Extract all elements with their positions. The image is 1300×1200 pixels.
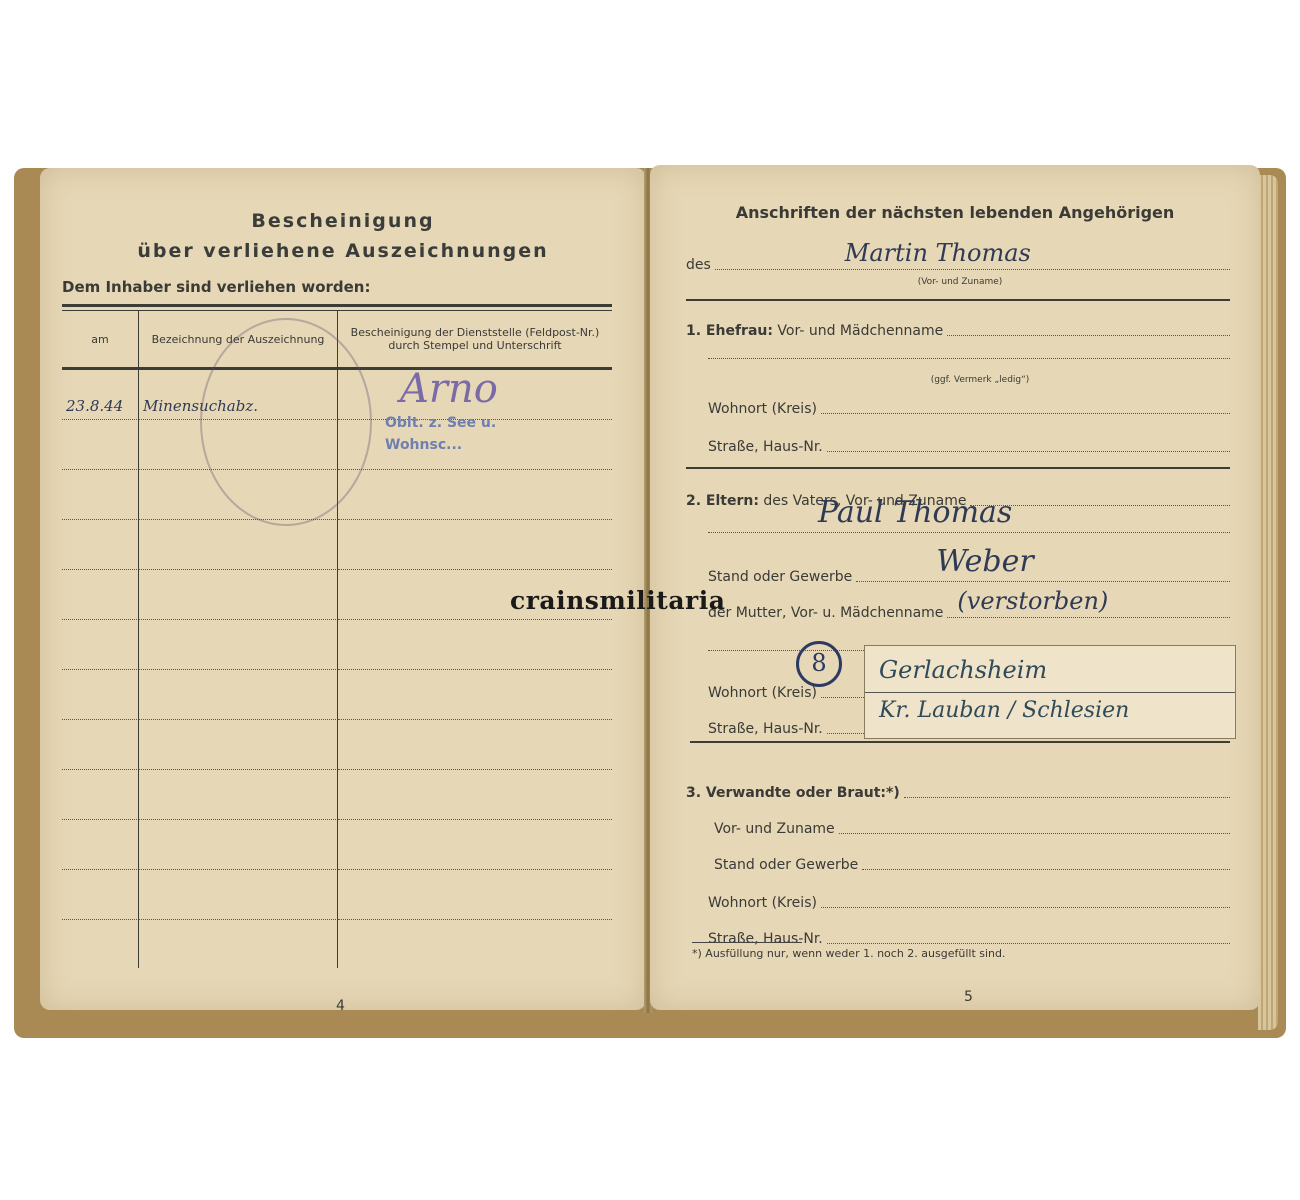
spouse-name-label: Vor- und Mädchenname <box>777 323 943 339</box>
table-row <box>62 870 612 920</box>
footnote: *) Ausfüllung nur, wenn weder 1. noch 2.… <box>692 947 1006 960</box>
rank-stamp-line2: Wohnsc... <box>385 434 496 456</box>
rank-stamp-line1: Oblt. z. See u. <box>385 412 496 434</box>
table-row <box>62 820 612 870</box>
header-certification: Bescheinigung der Dienststelle (Feldpost… <box>338 311 612 367</box>
section-rule <box>690 741 1230 743</box>
spouse-wohnort-line: Wohnort (Kreis) <box>708 401 1230 417</box>
relative-strasse-line: Straße, Haus-Nr. <box>708 931 1230 947</box>
table-row <box>62 720 612 770</box>
section3-label: 3. Verwandte oder Braut:*) <box>686 785 900 801</box>
left-title-line1: Bescheinigung <box>40 210 646 232</box>
right-title: Anschriften der nächsten lebenden Angehö… <box>650 203 1260 222</box>
holder-name-hint: (Vor- und Zuname) <box>850 277 1070 287</box>
table-row <box>62 770 612 820</box>
officer-signature: Arno <box>400 366 498 412</box>
father-occupation: Weber <box>936 544 1033 579</box>
left-title-line2: über verliehene Auszeichnungen <box>40 240 646 262</box>
parents-strasse-label: Straße, Haus-Nr. <box>708 721 823 737</box>
holder-name: Martin Thomas <box>845 239 1031 267</box>
mother-name: (verstorben) <box>957 587 1108 615</box>
rank-stamp: Oblt. z. See u. Wohnsc... <box>385 412 496 456</box>
header-date: am <box>62 311 139 367</box>
relative-name-label: Vor- und Zuname <box>714 821 835 837</box>
relative-name-line: Vor- und Zuname <box>714 821 1230 837</box>
father-name-line2: Paul Thomas <box>708 531 1230 536</box>
award-date: 23.8.44 <box>66 397 123 415</box>
label-separator <box>865 692 1235 693</box>
section-rule <box>686 299 1230 301</box>
father-occupation-line: Stand oder Gewerbe Weber <box>708 569 1230 585</box>
mother-name-line: der Mutter, Vor- u. Mädchenname (verstor… <box>708 605 1230 621</box>
relative-line: 3. Verwandte oder Braut:*) <box>686 785 1230 801</box>
spouse-strasse-label: Straße, Haus-Nr. <box>708 439 823 455</box>
parents-strasse-value: Kr. Lauban / Schlesien <box>879 698 1129 723</box>
holder-name-line: des Martin Thomas <box>686 257 1230 273</box>
official-seal-stamp <box>200 318 372 526</box>
spouse-name-line: 1. Ehefrau: Vor- und Mädchenname <box>686 323 1230 339</box>
left-subtitle: Dem Inhaber sind verliehen worden: <box>62 278 370 296</box>
relative-occupation-label: Stand oder Gewerbe <box>714 857 858 873</box>
father-name: Paul Thomas <box>818 495 1012 530</box>
circled-number: 8 <box>796 641 842 687</box>
spouse-hint: (ggf. Vermerk „ledig“) <box>850 375 1110 385</box>
relative-wohnort-line: Wohnort (Kreis) <box>708 895 1230 911</box>
page-number-left: 4 <box>336 998 345 1014</box>
section-rule <box>686 467 1230 469</box>
father-occupation-label: Stand oder Gewerbe <box>708 569 852 585</box>
relative-wohnort-label: Wohnort (Kreis) <box>708 895 817 911</box>
page-edges <box>1258 175 1278 1030</box>
table-top-rule <box>62 304 612 311</box>
page-number-right: 5 <box>964 989 973 1005</box>
section2-label: 2. Eltern: <box>686 493 759 509</box>
parents-wohnort-value: Gerlachsheim <box>879 656 1047 684</box>
spouse-name-line2 <box>708 357 1230 362</box>
table-row <box>62 920 612 968</box>
mother-name-label: der Mutter, Vor- u. Mädchenname <box>708 605 943 621</box>
relative-strasse-label: Straße, Haus-Nr. <box>708 931 823 947</box>
pasted-address-label: Gerlachsheim Kr. Lauban / Schlesien <box>864 645 1236 739</box>
watermark: crainsmilitaria <box>510 586 725 615</box>
table-row <box>62 670 612 720</box>
footnote-rule <box>692 942 802 943</box>
section1-label: 1. Ehefrau: <box>686 323 773 339</box>
des-label: des <box>686 257 711 273</box>
spouse-wohnort-label: Wohnort (Kreis) <box>708 401 817 417</box>
relative-occupation-line: Stand oder Gewerbe <box>714 857 1230 873</box>
table-row <box>62 520 612 570</box>
right-page: Anschriften der nächsten lebenden Angehö… <box>650 165 1260 1010</box>
table-row <box>62 620 612 670</box>
parents-wohnort-label: Wohnort (Kreis) <box>708 685 817 701</box>
spouse-strasse-line: Straße, Haus-Nr. <box>708 439 1230 455</box>
